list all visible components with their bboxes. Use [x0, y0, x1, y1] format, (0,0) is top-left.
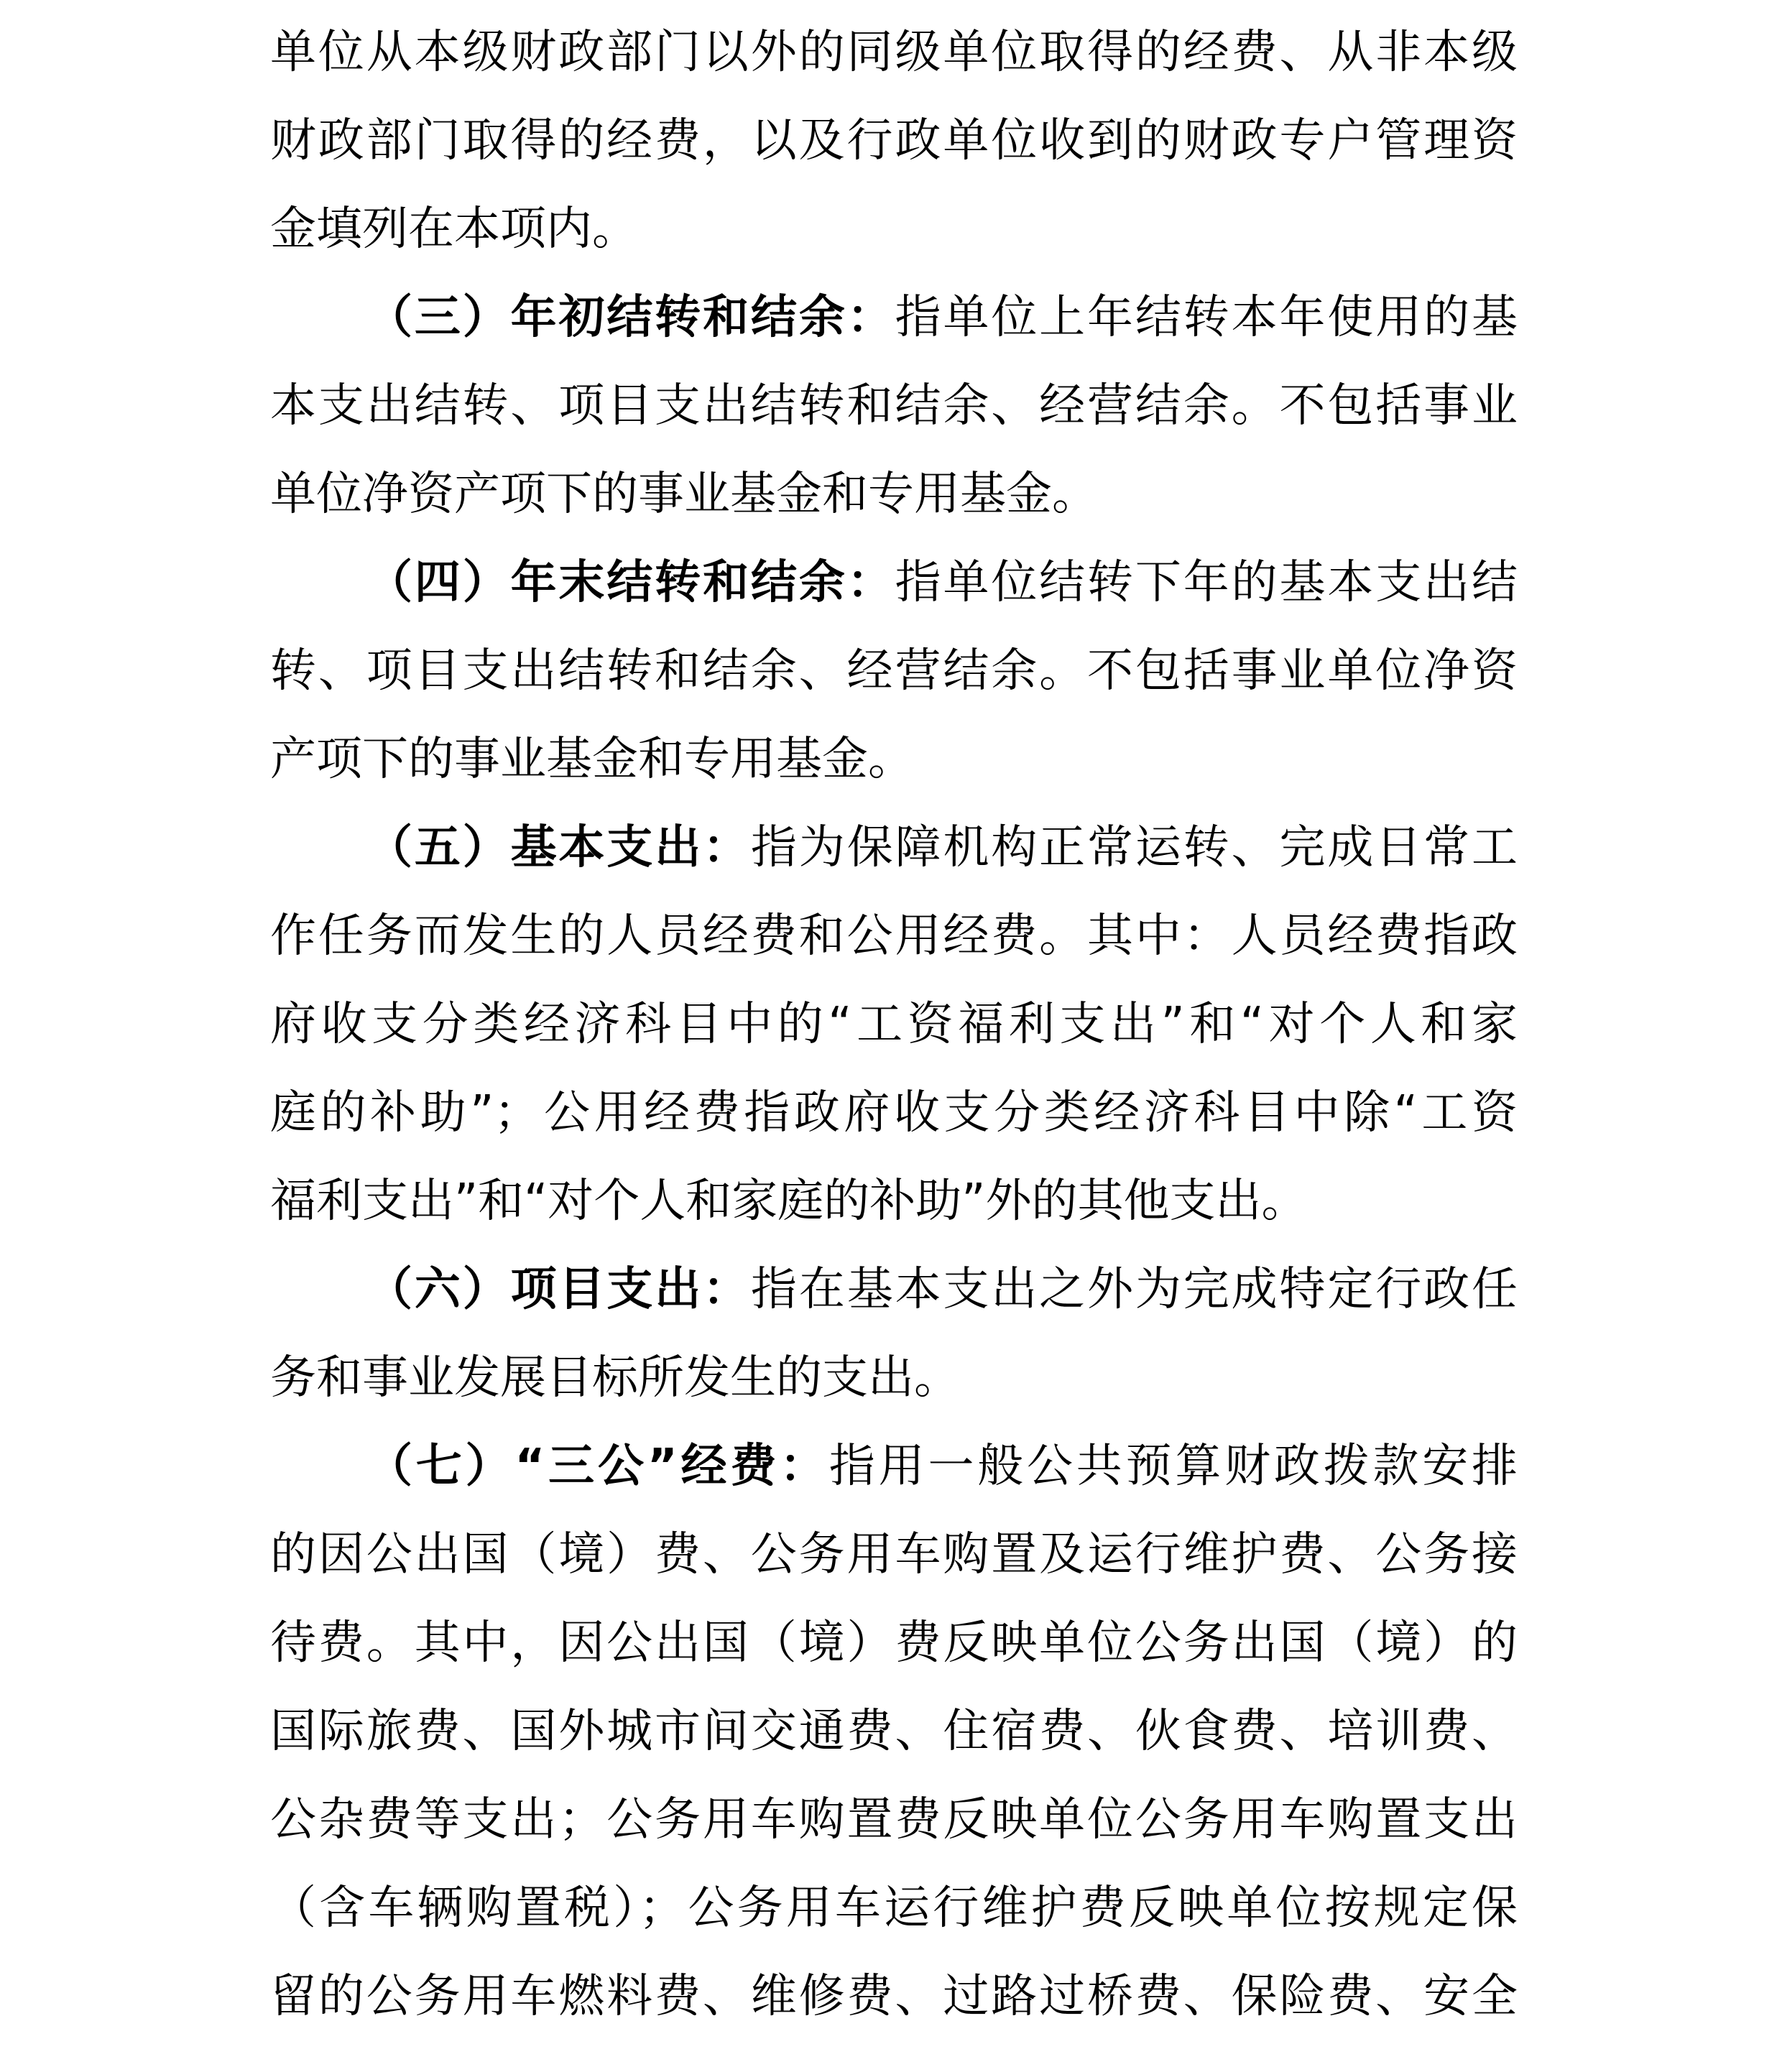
- text-line: 财政部门取得的经费，以及行政单位收到的财政专户管理资: [270, 97, 1518, 185]
- document-page: 单位从本级财政部门以外的同级单位取得的经费、从非本级 财政部门取得的经费，以及行…: [0, 0, 1782, 2072]
- paragraph-7-first-line: （七）“三公”经费：指用一般公共预算财政拨款安排: [270, 1423, 1518, 1511]
- definition-text: 指为保障机构正常运转、完成日常工: [751, 821, 1518, 874]
- section-heading-6: （六）项目支出：: [366, 1263, 751, 1316]
- section-heading-7: （七）“三公”经费：: [366, 1440, 829, 1493]
- definition-text: 指在基本支出之外为完成特定行政任: [751, 1263, 1518, 1316]
- text-line: 福利支出”和“对个人和家庭的补助”外的其他支出。: [270, 1157, 1518, 1246]
- paragraph-3-first-line: （三）年初结转和结余：指单位上年结转本年使用的基: [270, 274, 1518, 362]
- text-line: 国际旅费、国外城市间交通费、住宿费、伙食费、培训费、: [270, 1688, 1518, 1776]
- text-line: 作任务而发生的人员经费和公用经费。其中：人员经费指政: [270, 892, 1518, 981]
- definition-text: 指用一般公共预算财政拨款安排: [829, 1440, 1518, 1493]
- text-line: 产项下的事业基金和专用基金。: [270, 716, 1518, 804]
- text-line: 单位净资产项下的事业基金和专用基金。: [270, 450, 1518, 539]
- text-line: 待费。其中，因公出国（境）费反映单位公务出国（境）的: [270, 1599, 1518, 1688]
- text-line: 单位从本级财政部门以外的同级单位取得的经费、从非本级: [270, 9, 1518, 97]
- text-line: 公杂费等支出；公务用车购置费反映单位公务用车购置支出: [270, 1776, 1518, 1864]
- text-line: 金填列在本项内。: [270, 185, 1518, 274]
- section-heading-5: （五）基本支出：: [366, 821, 751, 874]
- text-line: 务和事业发展目标所发生的支出。: [270, 1334, 1518, 1423]
- definition-text: 指单位上年结转本年使用的基: [895, 291, 1518, 344]
- text-line: 的因公出国（境）费、公务用车购置及运行维护费、公务接: [270, 1511, 1518, 1599]
- definition-text: 指单位结转下年的基本支出结: [895, 556, 1518, 609]
- section-heading-4: （四）年末结转和结余：: [366, 556, 895, 609]
- text-line: 本支出结转、项目支出结转和结余、经营结余。不包括事业: [270, 362, 1518, 450]
- paragraph-5-first-line: （五）基本支出：指为保障机构正常运转、完成日常工: [270, 804, 1518, 892]
- text-line: 留的公务用车燃料费、维修费、过路过桥费、保险费、安全: [270, 1953, 1518, 2041]
- text-line: 府收支分类经济科目中的“工资福利支出”和“对个人和家: [270, 981, 1518, 1069]
- section-heading-3: （三）年初结转和结余：: [366, 291, 895, 344]
- paragraph-6-first-line: （六）项目支出：指在基本支出之外为完成特定行政任: [270, 1246, 1518, 1334]
- text-line: （含车辆购置税）；公务用车运行维护费反映单位按规定保: [270, 1864, 1518, 1953]
- text-line: 转、项目支出结转和结余、经营结余。不包括事业单位净资: [270, 627, 1518, 716]
- text-line: 庭的补助”；公用经费指政府收支分类经济科目中除“工资: [270, 1069, 1518, 1157]
- paragraph-4-first-line: （四）年末结转和结余：指单位结转下年的基本支出结: [270, 539, 1518, 627]
